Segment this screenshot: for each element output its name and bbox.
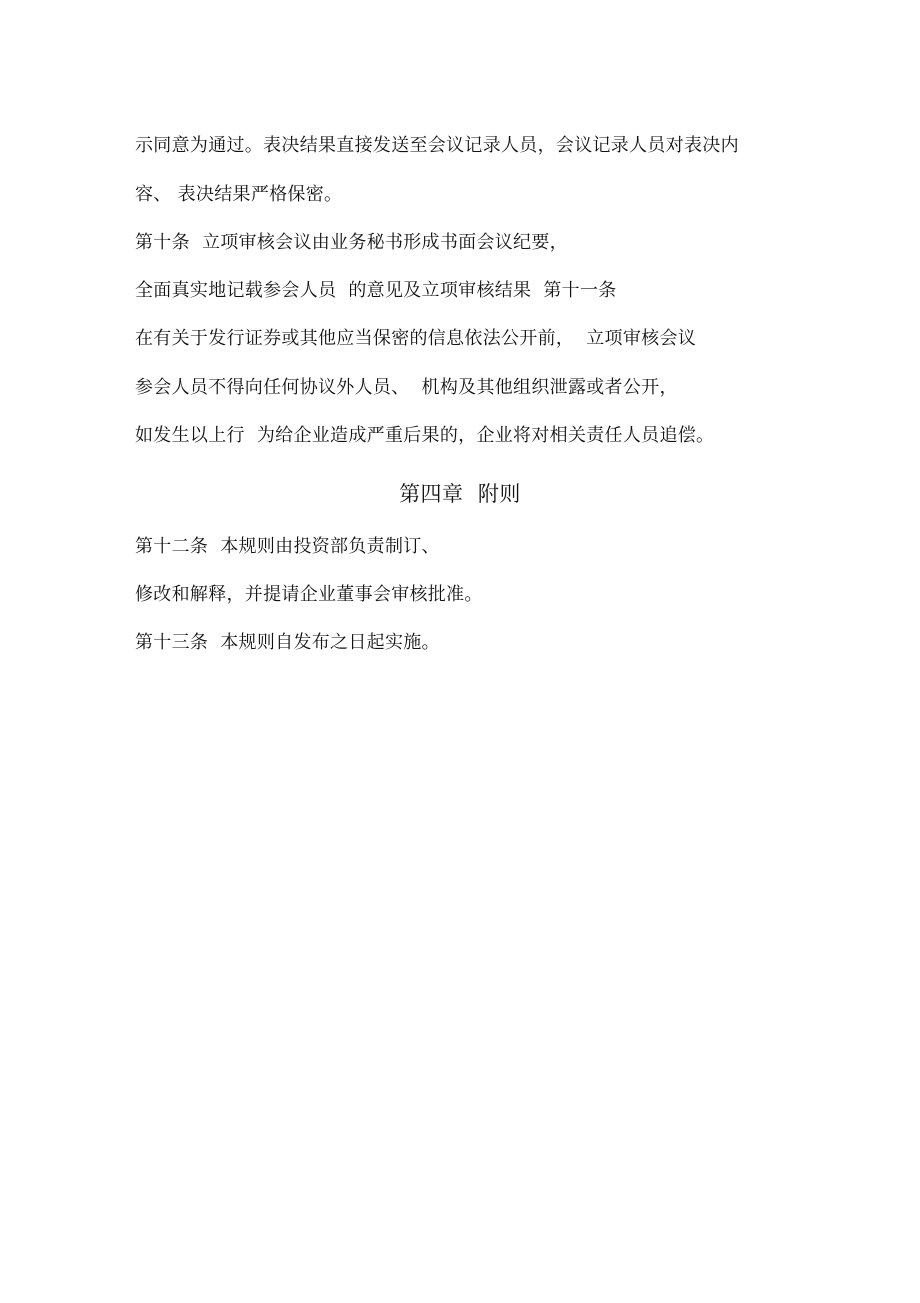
article-13-line: 第十三条 本规则自发布之日起实施。 — [135, 631, 440, 655]
article-12-line: 第十二条 本规则由投资部负责制订、 — [135, 535, 440, 559]
text-line: 参会人员不得向任何协议外人员、 机构及其他组织泄露或者公开， — [135, 376, 678, 400]
text-line: 示同意为通过。表决结果直接发送至会议记录人员，会议记录人员对表决内 — [135, 134, 739, 158]
text-line: 修改和解释，并提请企业董事会审核批准。 — [135, 583, 483, 607]
text-line: 全面真实地记载参会人员 的意见及立项审核结果 第十一条 — [135, 279, 617, 303]
chapter-heading: 第四章 附则 — [0, 480, 920, 508]
text-line: 容、 表决结果严格保密。 — [135, 183, 342, 207]
article-11-line: 在有关于发行证券或其他应当保密的信息依法公开前， 立项审核会议 — [135, 327, 696, 351]
article-10-line: 第十条 立项审核会议由业务秘书形成书面会议纪要， — [135, 231, 568, 255]
document-page: 示同意为通过。表决结果直接发送至会议记录人员，会议记录人员对表决内 容、 表决结… — [0, 0, 920, 1303]
text-line: 如发生以上行 为给企业造成严重后果的，企业将对相关责任人员追偿。 — [135, 424, 714, 448]
